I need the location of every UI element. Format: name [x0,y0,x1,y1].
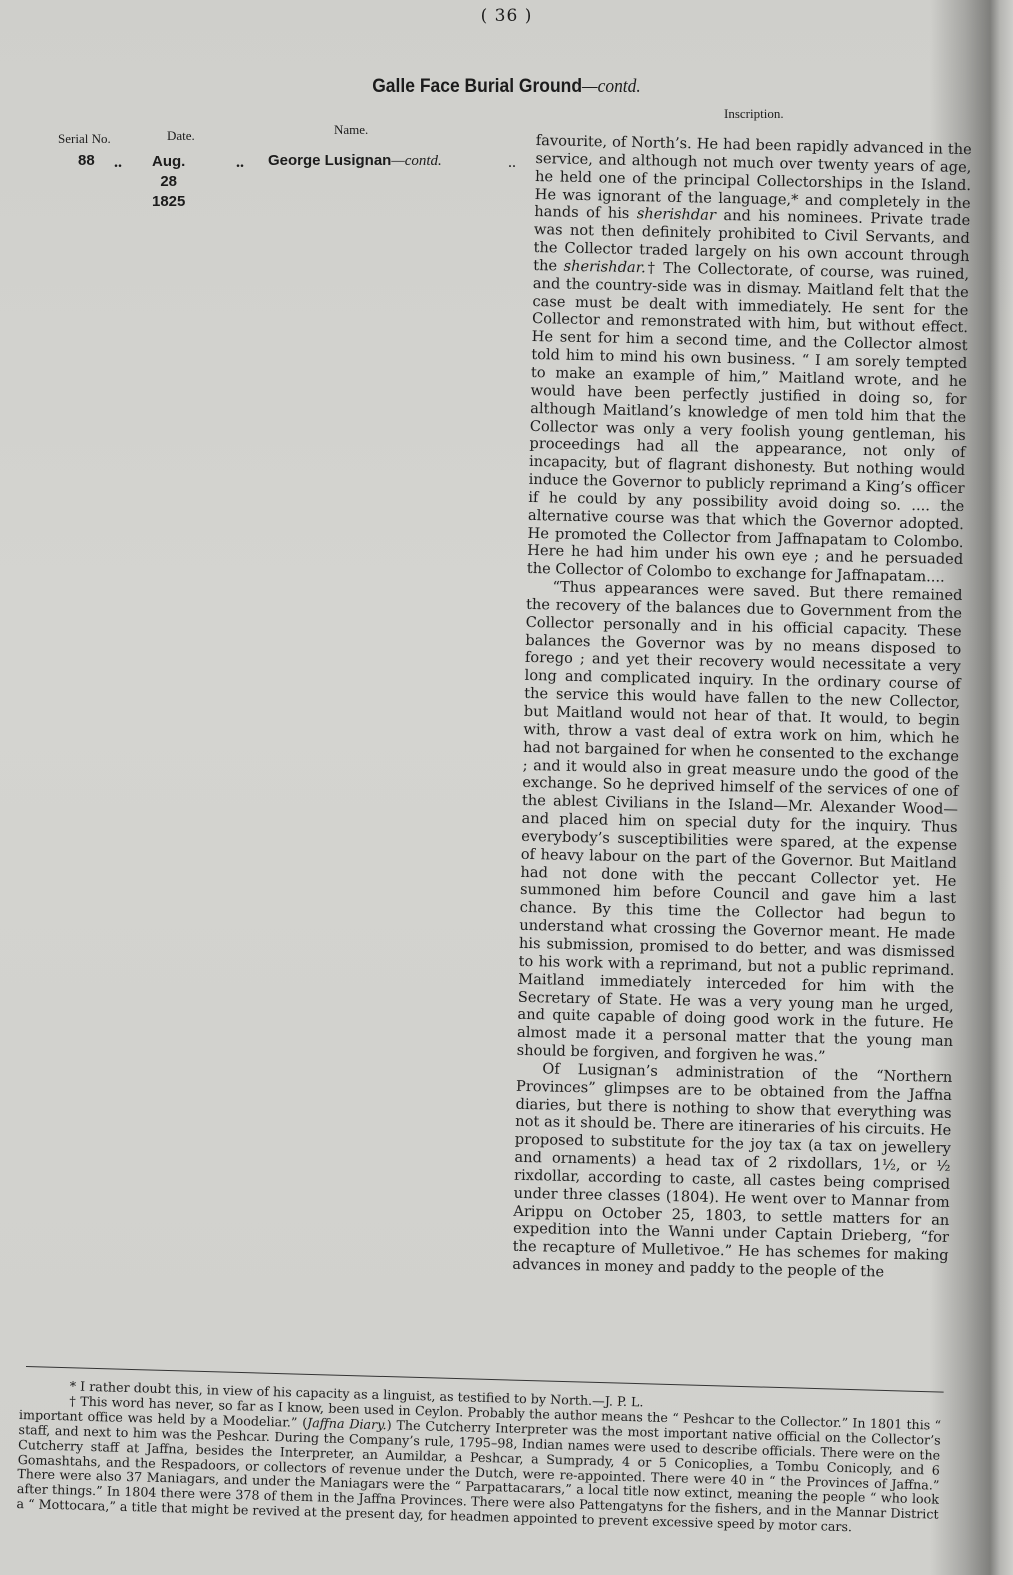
entry-name-text: George Lusignan [268,152,391,169]
column-header-name: Name. [334,122,368,138]
leader-dots: .. [114,154,122,172]
page-number: ( 36 ) [0,6,1013,26]
italic-term: sherishdar. [563,258,645,277]
inscription-paragraph-2: “Thus appearances were saved. But there … [517,578,963,1069]
title-suffix: —contd. [582,76,641,97]
leader-dots: .. [236,154,244,172]
inscription-text: favourite, of North’s. He had been rapid… [512,132,972,1283]
text-run: † The Collectorate, of course, was ruine… [527,259,970,586]
inscription-paragraph-1: favourite, of North’s. He had been rapid… [527,132,972,587]
page-title: Galle Face Burial Ground—contd. [41,76,973,98]
entry-date-year: 1825 [152,193,185,210]
inscription-paragraph-3: Of Lusignan’s administration of the “Nor… [512,1060,952,1283]
footnote-dagger: † This word has never, so far as I know,… [16,1393,941,1538]
italic-term: sherishdar [637,206,716,225]
column-header-serial: Serial No. [58,131,111,147]
title-main: Galle Face Burial Ground [372,76,582,97]
entry-date-day: Aug. 28 [152,153,185,190]
entry-name: George Lusignan—contd. [268,152,442,170]
text-run: ) The Cutcherry Interpreter was the most… [16,1417,941,1534]
book-page: ( 36 ) Galle Face Burial Ground—contd. S… [0,0,1013,1575]
footnotes: * I rather doubt this, in view of his ca… [16,1378,941,1538]
column-header-date: Date. [167,128,195,144]
leader-dots: .. [508,154,516,172]
entry-name-suffix: —contd. [391,153,441,169]
column-header-inscription: Inscription. [724,106,784,122]
entry-serial: 88 [78,152,95,169]
entry-date: Aug. 28 1825 [152,152,185,212]
